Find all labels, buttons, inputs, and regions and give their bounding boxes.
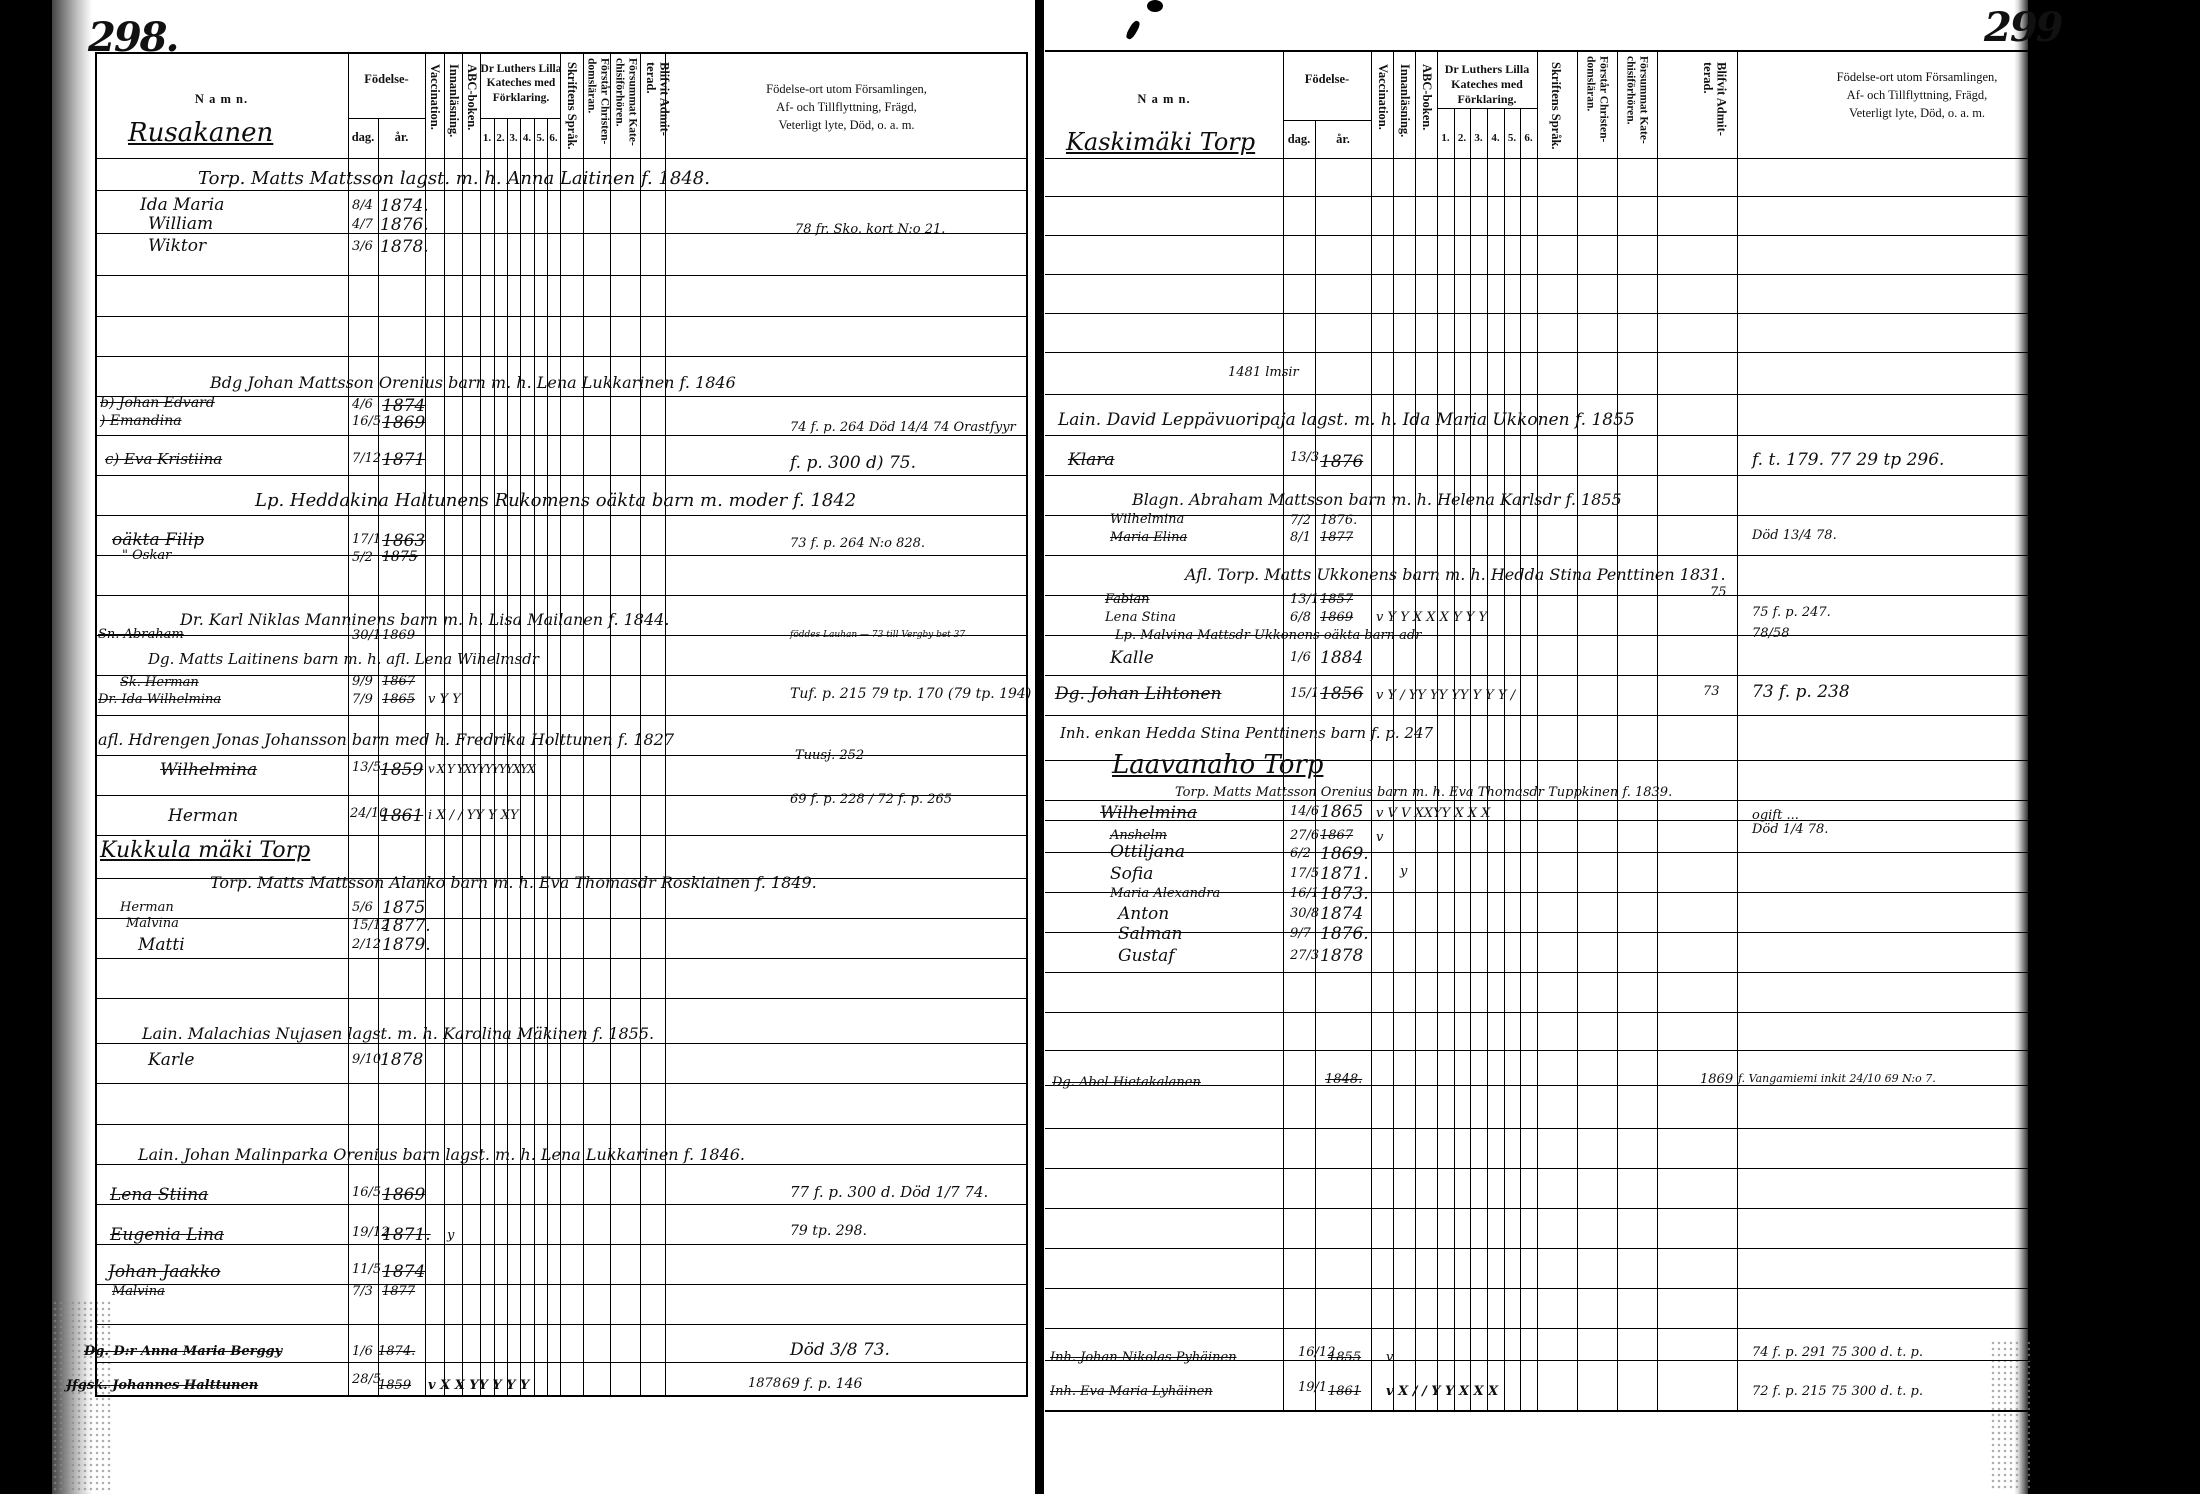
- entry-remark: ogift ...: [1752, 808, 1799, 823]
- row-line: [95, 1043, 1028, 1044]
- header-divider: [95, 158, 1028, 159]
- entry-year: 1869: [1320, 610, 1353, 625]
- entry-name: Malvina: [126, 916, 179, 931]
- entry-remark: Tuusj. 252: [795, 748, 864, 763]
- entry-name: Sn. Abraham: [98, 627, 184, 642]
- row-line: [95, 1083, 1028, 1084]
- entry-day: 13/3: [1290, 450, 1319, 465]
- row-line: [1045, 515, 2097, 516]
- header-birth-day: dag.: [348, 130, 378, 146]
- entry-marks: v V V XXYY X X X: [1376, 806, 1490, 821]
- entry-year: 1871: [382, 450, 425, 470]
- entry-name: " Oskar: [122, 548, 171, 563]
- entry-name: Inh. Johan Nikolas Pyhäinen: [1050, 1350, 1237, 1365]
- entry-day: 9/9: [352, 674, 373, 689]
- entry-year: 1876.: [380, 215, 429, 235]
- entry-year: 1867: [1320, 828, 1353, 843]
- col-line: [378, 118, 379, 1397]
- entry-day: 11/5: [352, 1262, 381, 1277]
- entry-remark: 69 f. p. 228 / 72 f. p. 265: [790, 792, 952, 807]
- entry-name: Wilhelmina: [160, 760, 257, 780]
- header-missed: Försummat Kate­chisiförhören.: [1624, 56, 1649, 156]
- household-head: Dr. Karl Niklas Manninens barn m. h. Lis…: [180, 610, 669, 629]
- header-understands: Förstår Christen­domsläran.: [1584, 56, 1609, 156]
- ink-blot: [1147, 0, 1163, 12]
- entry-day: 16/5: [352, 414, 381, 429]
- header-cat-4: 4.: [520, 132, 534, 146]
- header-birth: Födelse-: [1283, 72, 1371, 88]
- header-cat-4: 4.: [1487, 132, 1504, 146]
- entry-remark: föddes Lauhan — 73 till Vergby bet 37: [790, 630, 965, 640]
- household-head: Afl. Torp. Matts Ukkonens barn m. h. Hed…: [1185, 565, 1726, 584]
- entry-name: Sk. Herman: [120, 675, 199, 690]
- entry-name: Wiktor: [148, 236, 206, 256]
- row-line: [1045, 932, 2097, 933]
- entry-day: 16/5: [352, 1185, 381, 1200]
- entry-name: Ida Maria: [140, 195, 224, 215]
- row-line: [1045, 852, 2097, 853]
- entry-remark: 74 f. p. 291 75 300 d. t. p.: [1752, 1345, 1923, 1360]
- row-line: [1045, 1248, 2097, 1249]
- household-head: Dg. Matts Laitinens barn m. h. afl. Lena…: [148, 650, 539, 668]
- header-birth-year: år.: [378, 130, 425, 146]
- margin-note: 1481 lmsir: [1228, 365, 1299, 380]
- row-line: [95, 1124, 1028, 1125]
- entry-remark: 78/58: [1752, 626, 1789, 641]
- row-line: [95, 755, 1028, 756]
- row-line: [95, 998, 1028, 999]
- entry-year: 1855: [1328, 1350, 1361, 1365]
- header-remarks-1: Födelse-ort utom Församlingen,: [1737, 70, 2097, 86]
- entry-name: Dg. Abel Hietakalanen: [1052, 1075, 1201, 1090]
- col-line: [640, 52, 641, 1397]
- entry-remark: f. p. 300 d) 75.: [790, 453, 916, 473]
- row-line: [95, 515, 1028, 516]
- entry-year: 1856: [1320, 684, 1363, 704]
- entry-name: Anton: [1118, 904, 1169, 924]
- entry-day: 15/1: [1290, 686, 1319, 701]
- header-catechism: Dr Luthers Lilla Katec­hes med Förklarin…: [480, 62, 562, 105]
- entry-marks: y: [447, 1228, 454, 1243]
- header-remarks-1: Födelse-ort utom Församlingen,: [665, 82, 1028, 98]
- row-line: [1045, 235, 2097, 236]
- entry-marks: v X Y YXYYYYYYXYX: [428, 762, 535, 776]
- header-birth-year: år.: [1315, 132, 1371, 148]
- header-catechism: Dr Luthers Lilla Kate­ches med Förklarin…: [1437, 62, 1537, 107]
- entry-marks: v X / / Y Y X X X: [1386, 1384, 1498, 1399]
- header-cat-3: 3.: [1470, 132, 1487, 146]
- entry-admitted: 1878: [748, 1376, 781, 1391]
- row-line: [1045, 1128, 2097, 1129]
- entry-name: Lena Stina: [1105, 610, 1176, 625]
- entry-name: Maria Elina: [1110, 530, 1187, 545]
- entry-remark: 75 f. p. 247.: [1752, 605, 1831, 620]
- entry-remark: 69 f. p. 146: [782, 1376, 862, 1392]
- entry-remark: 73 f. p. 264 N:o 828.: [790, 536, 925, 551]
- entry-year: 1875: [382, 898, 425, 918]
- row-line: [95, 1244, 1028, 1245]
- header-reading: Innanläsning.: [446, 64, 460, 154]
- entry-day: 8/1: [1290, 530, 1311, 545]
- entry-year: 1873.: [1320, 884, 1369, 904]
- entry-day: 4/6: [352, 397, 373, 412]
- col-line: [547, 118, 548, 1397]
- row-line: [95, 275, 1028, 276]
- entry-day: 7/12: [352, 451, 381, 466]
- entry-day: 7/2: [1290, 513, 1311, 528]
- entry-day: 1/6: [1290, 650, 1311, 665]
- entry-year: 1884: [1320, 648, 1363, 668]
- header-cat-5: 5.: [534, 132, 547, 146]
- row-line: [1045, 1085, 2097, 1086]
- entry-day: 6/8: [1290, 610, 1311, 625]
- entry-year: 1876.: [1320, 924, 1369, 944]
- header-cat-6: 6.: [547, 132, 560, 146]
- row-line: [1045, 435, 2097, 436]
- entry-day: 9/7: [1290, 926, 1311, 941]
- row-line: [1045, 800, 2097, 801]
- row-line: [1045, 475, 2097, 476]
- row-line: [1045, 352, 2097, 353]
- entry-day: 17/5: [1290, 866, 1319, 881]
- entry-day: 7/3: [352, 1284, 373, 1299]
- entry-day: 13/1: [1290, 592, 1319, 607]
- section-title: Kaskimäki Torp: [1066, 128, 1255, 156]
- row-line: [95, 1164, 1028, 1165]
- row-line: [1045, 274, 2097, 275]
- entry-day: 19/1: [1298, 1380, 1327, 1395]
- entry-year: 1859: [380, 760, 423, 780]
- header-reading: Innanläsning.: [1397, 64, 1411, 154]
- entry-name: Fabian: [1105, 592, 1150, 607]
- entry-day: 2/12: [352, 937, 381, 952]
- row-line: [1045, 313, 2097, 314]
- entry-remark: Död 13/4 78.: [1752, 528, 1837, 543]
- entry-day: 4/7: [352, 217, 373, 232]
- col-line: [480, 52, 481, 1397]
- row-line: [95, 475, 1028, 476]
- entry-year: 1874.: [380, 196, 429, 216]
- col-line: [507, 118, 508, 1397]
- entry-marks: v: [1386, 1350, 1393, 1365]
- household-head: Lp. Heddakina Haltunens Rukomens oäkta b…: [255, 490, 856, 511]
- entry-name: Sofia: [1110, 864, 1153, 884]
- col-line: [560, 52, 561, 1397]
- header-cat-2: 2.: [494, 132, 507, 146]
- header-scripture: Skriftens Språk.: [564, 62, 578, 156]
- entry-day: 16/1: [1290, 886, 1319, 901]
- entry-marks: i X / / YY Y XY: [428, 808, 519, 823]
- entry-day: 30/8: [1290, 906, 1319, 921]
- entry-name: Gustaf: [1118, 946, 1175, 966]
- row-line: [1045, 394, 2097, 395]
- entry-name: Dr. Ida Wilhelmina: [98, 692, 221, 707]
- entry-marks: y: [1400, 864, 1407, 879]
- header-remarks-2: Af- och Tillflyttning, Frägd,: [1737, 88, 2097, 104]
- entry-name: Wilhelmina: [1110, 512, 1184, 527]
- section-title-2: Laavanaho Torp: [1112, 750, 1323, 780]
- entry-year: 1857: [1320, 592, 1353, 607]
- entry-name: oäkta Filip: [112, 530, 204, 550]
- entry-marks: v Y Y X X X Y Y Y: [1376, 610, 1487, 625]
- entry-remark: f. Vangamiemi inkit 24/10 69 N:o 7.: [1738, 1072, 1936, 1085]
- header-divider: [1045, 158, 2097, 159]
- row-line: [1045, 1208, 2097, 1209]
- row-line: [1045, 972, 2097, 973]
- page-number-right: 299: [1984, 4, 2062, 51]
- entry-name: Salman: [1118, 924, 1182, 944]
- entry-remark: 74 f. p. 264 Död 14/4 74 Orastfyyr: [790, 420, 1016, 435]
- row-line: [95, 1204, 1028, 1205]
- col-line: [520, 118, 521, 1397]
- birth-subheader-line: [348, 118, 425, 119]
- entry-year: 1861: [380, 806, 423, 826]
- entry-name: Wilhelmina: [1100, 803, 1197, 823]
- row-line: [95, 835, 1028, 836]
- entry-year: 1867: [382, 674, 415, 689]
- col-line: [534, 118, 535, 1397]
- section-title: Rusakanen: [128, 118, 273, 148]
- entry-day: 7/9: [352, 692, 373, 707]
- header-cat-2: 2.: [1454, 132, 1470, 146]
- row-line: [95, 675, 1028, 676]
- entry-year: 1859: [378, 1378, 411, 1393]
- header-scripture: Skriftens Språk.: [1548, 62, 1562, 156]
- col-line: [583, 52, 584, 1397]
- household-head: Lain. Malachias Nujasen lagst. m. h. Kar…: [142, 1024, 654, 1043]
- entry-year: 1878.: [380, 237, 429, 257]
- entry-marks: v X X YY Y Y Y: [428, 1378, 529, 1393]
- entry-remark: 79 tp. 298.: [790, 1223, 867, 1239]
- header-cat-3: 3.: [507, 132, 520, 146]
- entry-day: 27/3: [1290, 948, 1319, 963]
- entry-remark: Tuf. p. 215 79 tp. 170 (79 tp. 194): [790, 686, 1031, 702]
- entry-year: 1869: [382, 1185, 425, 1205]
- ink-blot: [1125, 19, 1142, 40]
- col-line: [348, 52, 349, 1397]
- entry-year: 1878: [380, 1050, 423, 1070]
- header-abc: ABC-boken.: [1419, 64, 1433, 154]
- col-line: [462, 52, 463, 1397]
- header-cat-1: 1.: [480, 132, 494, 146]
- row-line: [95, 316, 1028, 317]
- entry-marks: v Y / YY YY YY Y Y Y /: [1376, 688, 1515, 703]
- entry-admitted: 1869: [1700, 1072, 1733, 1087]
- header-remarks-3: Veterligt lyte, Död, o. a. m.: [665, 118, 1028, 134]
- header-birth: Födelse-: [348, 72, 425, 88]
- entry-name: Jfgsk. Johannes Halttunen: [66, 1378, 258, 1393]
- entry-remark: f. t. 179. 77 29 tp 296.: [1752, 450, 1944, 470]
- col-line: [494, 118, 495, 1397]
- header-birth-day: dag.: [1283, 132, 1315, 148]
- entry-year: 1871.: [1320, 864, 1369, 884]
- entry-day: 8/4: [352, 198, 373, 213]
- entry-day: 9/10: [352, 1052, 381, 1067]
- entry-day: 27/6: [1290, 828, 1319, 843]
- col-line: [444, 52, 445, 1397]
- entry-day: 1/6: [352, 1344, 373, 1359]
- entry-year: 1874: [382, 1262, 425, 1282]
- entry-day: 17/1: [352, 532, 381, 547]
- household-head: Torp. Matts Mattsson Orenius barn m. h. …: [1175, 785, 1672, 800]
- row-line: [95, 555, 1028, 556]
- row-line: [95, 1362, 1028, 1363]
- row-line: [95, 1284, 1028, 1285]
- entry-day: 5/6: [352, 900, 373, 915]
- birth-subheader-line: [1283, 120, 1371, 121]
- entry-day: 3/6: [352, 239, 373, 254]
- entry-name: Kalle: [1110, 648, 1154, 668]
- row-line: [1045, 1168, 2097, 1169]
- entry-name: Matti: [138, 935, 185, 955]
- entry-year: 1869.: [1320, 844, 1369, 864]
- entry-name: William: [148, 214, 213, 234]
- header-remarks-2: Af- och Tillflyttning, Frägd,: [665, 100, 1028, 116]
- entry-year: 1877.: [382, 916, 431, 936]
- entry-remark: 73 f. p. 238: [1752, 682, 1850, 702]
- entry-year: 1878: [1320, 946, 1363, 966]
- entry-day: 13/5: [352, 760, 381, 775]
- entry-year: 1865: [382, 692, 415, 707]
- header-name: N a m n.: [95, 92, 348, 108]
- entry-year: 1863: [382, 531, 425, 551]
- row-line: [95, 1324, 1028, 1325]
- entry-name: ) Emandina: [100, 413, 182, 429]
- entry-name: Eugenia Lina: [110, 1225, 224, 1245]
- row-line: [1045, 1012, 2097, 1013]
- header-admitted: Blifvit Admit­terad.: [1700, 62, 1728, 156]
- row-line: [95, 595, 1028, 596]
- entry-day: 30/1: [352, 628, 381, 643]
- household-head: Blagn. Abraham Mattsson barn m. h. Helen…: [1132, 490, 1622, 509]
- header-remarks-3: Veterligt lyte, Död, o. a. m.: [1737, 106, 2097, 122]
- entry-year: 1848.: [1325, 1072, 1362, 1087]
- header-cat-1: 1.: [1437, 132, 1454, 146]
- entry-year: 1877: [382, 1284, 415, 1299]
- header-vaccination: Vaccination.: [427, 64, 441, 154]
- entry-name: Lena Stiina: [110, 1185, 208, 1205]
- entry-admitted: 75: [1710, 585, 1727, 600]
- household-head: afl. Hdrengen Jonas Johansson barn med h…: [98, 730, 674, 749]
- household-head: Lain. David Leppävuoripaja lagst. m. h. …: [1058, 410, 1635, 430]
- row-line: [1045, 196, 2097, 197]
- entry-name: Karle: [148, 1050, 194, 1070]
- entry-name: b) Johan Edvard: [100, 395, 215, 411]
- header-abc: ABC-boken.: [464, 64, 478, 154]
- row-line: [1045, 555, 2097, 556]
- entry-year: 1877: [1320, 530, 1353, 545]
- entry-remark: Död 3/8 73.: [790, 1340, 890, 1360]
- entry-remark: Död 1/4 78.: [1752, 822, 1828, 837]
- left-page: 298. N a m n. Födelse- dag. år. Vaccinat…: [0, 0, 1035, 1494]
- entry-name: Dg. D:r Anna Maria Berggy: [84, 1344, 282, 1359]
- entry-year: 1869: [382, 413, 425, 433]
- entry-name: c) Eva Kristiina: [105, 450, 222, 468]
- entry-name: Maria Alexandra: [1110, 886, 1220, 901]
- entry-name: Malvina: [112, 1284, 165, 1299]
- entry-year: 1875: [382, 549, 418, 565]
- entry-name: Herman: [168, 806, 238, 826]
- section-title-2: Kukkula mäki Torp: [100, 838, 310, 863]
- row-line: [1045, 820, 2097, 821]
- entry-name: Klara: [1068, 450, 1115, 470]
- entry-remark: 77 f. p. 300 d. Död 1/7 74.: [790, 1183, 988, 1201]
- entry-day: 5/2: [352, 550, 373, 565]
- header-understands: Förstår Christen­domsläran.: [585, 58, 610, 156]
- entry-day: 6/2: [1290, 846, 1311, 861]
- header-missed: Försummat Kate­chisiförhören.: [613, 58, 638, 156]
- entry-name: Anshelm: [1110, 828, 1167, 843]
- entry-year: 1876.: [1320, 513, 1357, 528]
- row-line: [1045, 1050, 2097, 1051]
- row-line: [95, 356, 1028, 357]
- row-line: [1045, 675, 2097, 676]
- row-line: [1045, 595, 2097, 596]
- entry-year: 1874.: [378, 1344, 415, 1359]
- entry-marks: v: [1376, 830, 1383, 845]
- header-vaccination: Vaccination.: [1375, 64, 1389, 154]
- entry-name: Herman: [120, 900, 174, 915]
- header-cat-6: 6.: [1520, 132, 1537, 146]
- household-head: Lp. Malvina Mattsdr Ukkonens oäkta barn …: [1115, 628, 1421, 643]
- entry-year: 1861: [1328, 1384, 1361, 1399]
- row-line: [95, 396, 1028, 397]
- household-head: Torp. Matts Mattsson Alanko barn m. h. E…: [210, 873, 817, 892]
- entry-remark: 78 fr. Sko. kort N:o 21.: [795, 222, 945, 237]
- entry-day: 14/6: [1290, 804, 1319, 819]
- household-head: Lain. Johan Malinparka Orenius barn lags…: [138, 1145, 745, 1164]
- entry-name: Dg. Johan Lihtonen: [1055, 684, 1222, 704]
- row-line: [1045, 1328, 2097, 1329]
- entry-year: 1879.: [382, 935, 431, 955]
- row-line: [1045, 715, 2097, 716]
- entry-year: 1869: [382, 628, 415, 643]
- entry-name: Inh. Eva Maria Lyhäinen: [1050, 1384, 1213, 1399]
- row-line: [95, 435, 1028, 436]
- household-head: Bdg Johan Mattsson Orenius barn m. h. Le…: [210, 373, 736, 392]
- entry-year: 1876: [1320, 452, 1363, 472]
- row-line: [95, 918, 1028, 919]
- header-name: N a m n.: [1045, 92, 1283, 108]
- household-head: Inh. enkan Hedda Stina Penttinens barn f…: [1060, 724, 1433, 742]
- row-line: [95, 958, 1028, 959]
- book-spine: [1035, 0, 1044, 1494]
- entry-remark: 72 f. p. 215 75 300 d. t. p.: [1752, 1384, 1923, 1399]
- entry-name: Johan Jaakko: [108, 1262, 220, 1282]
- col-line: [610, 52, 611, 1397]
- entry-name: Ottiljana: [1110, 842, 1185, 862]
- header-cat-5: 5.: [1504, 132, 1520, 146]
- row-line: [95, 190, 1028, 191]
- entry-year: 1874: [1320, 904, 1363, 924]
- entry-admitted: 73: [1703, 684, 1720, 699]
- col-line: [665, 52, 666, 1397]
- row-line: [95, 715, 1028, 716]
- entry-year: 1865: [1320, 802, 1363, 822]
- row-line: [1045, 1288, 2097, 1289]
- entry-day: 28/5: [352, 1372, 381, 1387]
- entry-marks: v Y Y: [428, 692, 461, 707]
- entry-year: 1871.: [382, 1225, 431, 1245]
- household-head: Torp. Matts Mattsson lagst. m. h. Anna L…: [198, 168, 710, 189]
